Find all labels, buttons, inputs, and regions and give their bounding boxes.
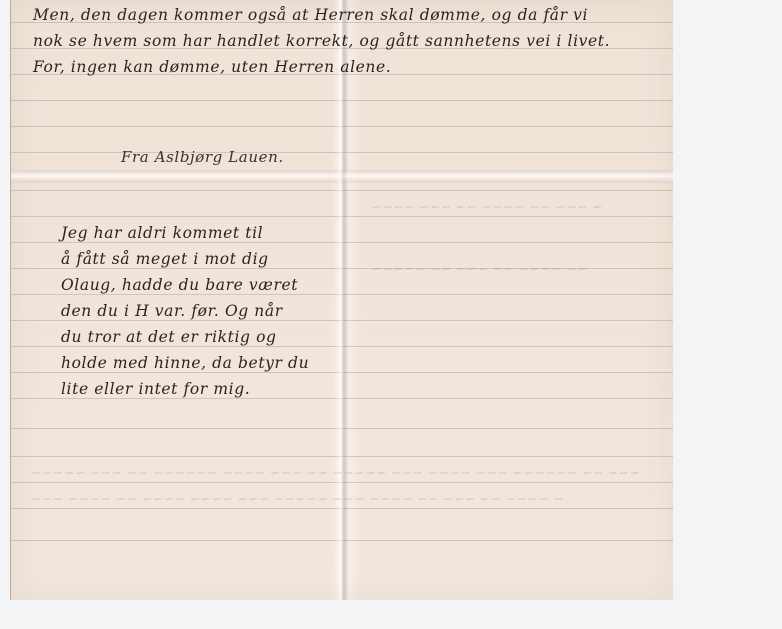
bleed-through-text: ​~~ ~~~~ ~~ ~~~ ~~ ~~~~~	[371, 262, 588, 277]
bleed-through-text: ​~ ~~~~ ~~ ~~~ ~~ ~~~~ ~~~ ~~~~~ ~~~ ~~~…	[31, 492, 564, 507]
bleed-through-text: ​~ ~~~ ~~ ~~~~ ~~ ~~~ ~~~~	[371, 200, 603, 215]
vertical-fold-crease	[337, 0, 347, 600]
note-line: du tror at det er riktig og	[61, 328, 277, 346]
note-line: Jeg har aldri kommet til	[61, 224, 263, 242]
signature: Fra Aslbjørg Lauen.	[121, 148, 284, 166]
letter-line: For, ingen kan dømme, uten Herren alene.	[33, 58, 391, 76]
letter-line: nok se hvem som har handlet korrekt, og …	[33, 32, 610, 50]
note-line: lite eller intet for mig.	[61, 380, 250, 398]
note-line: holde med hinne, da betyr du	[61, 354, 309, 372]
letter-line: Men, den dagen kommer også at Herren ska…	[33, 6, 588, 24]
scanned-page: ​~ ~~~ ~~ ~~~~ ~~ ~~~ ~~~~ ​~~ ~~~~ ~~ ~…	[0, 0, 782, 629]
bleed-through-text: ​~~~ ~~ ~~~~~~ ~~~ ~~~~ ~~~ ~~~~~ ~~ ~~~…	[31, 466, 640, 481]
letter-paper: ​~ ~~~ ~~ ~~~~ ~~ ~~~ ~~~~ ​~~ ~~~~ ~~ ~…	[10, 0, 673, 600]
note-line: den du i H var. før. Og når	[61, 302, 283, 320]
note-line: Olaug, hadde du bare været	[61, 276, 298, 294]
note-line: å fått så meget i mot dig	[61, 250, 269, 268]
